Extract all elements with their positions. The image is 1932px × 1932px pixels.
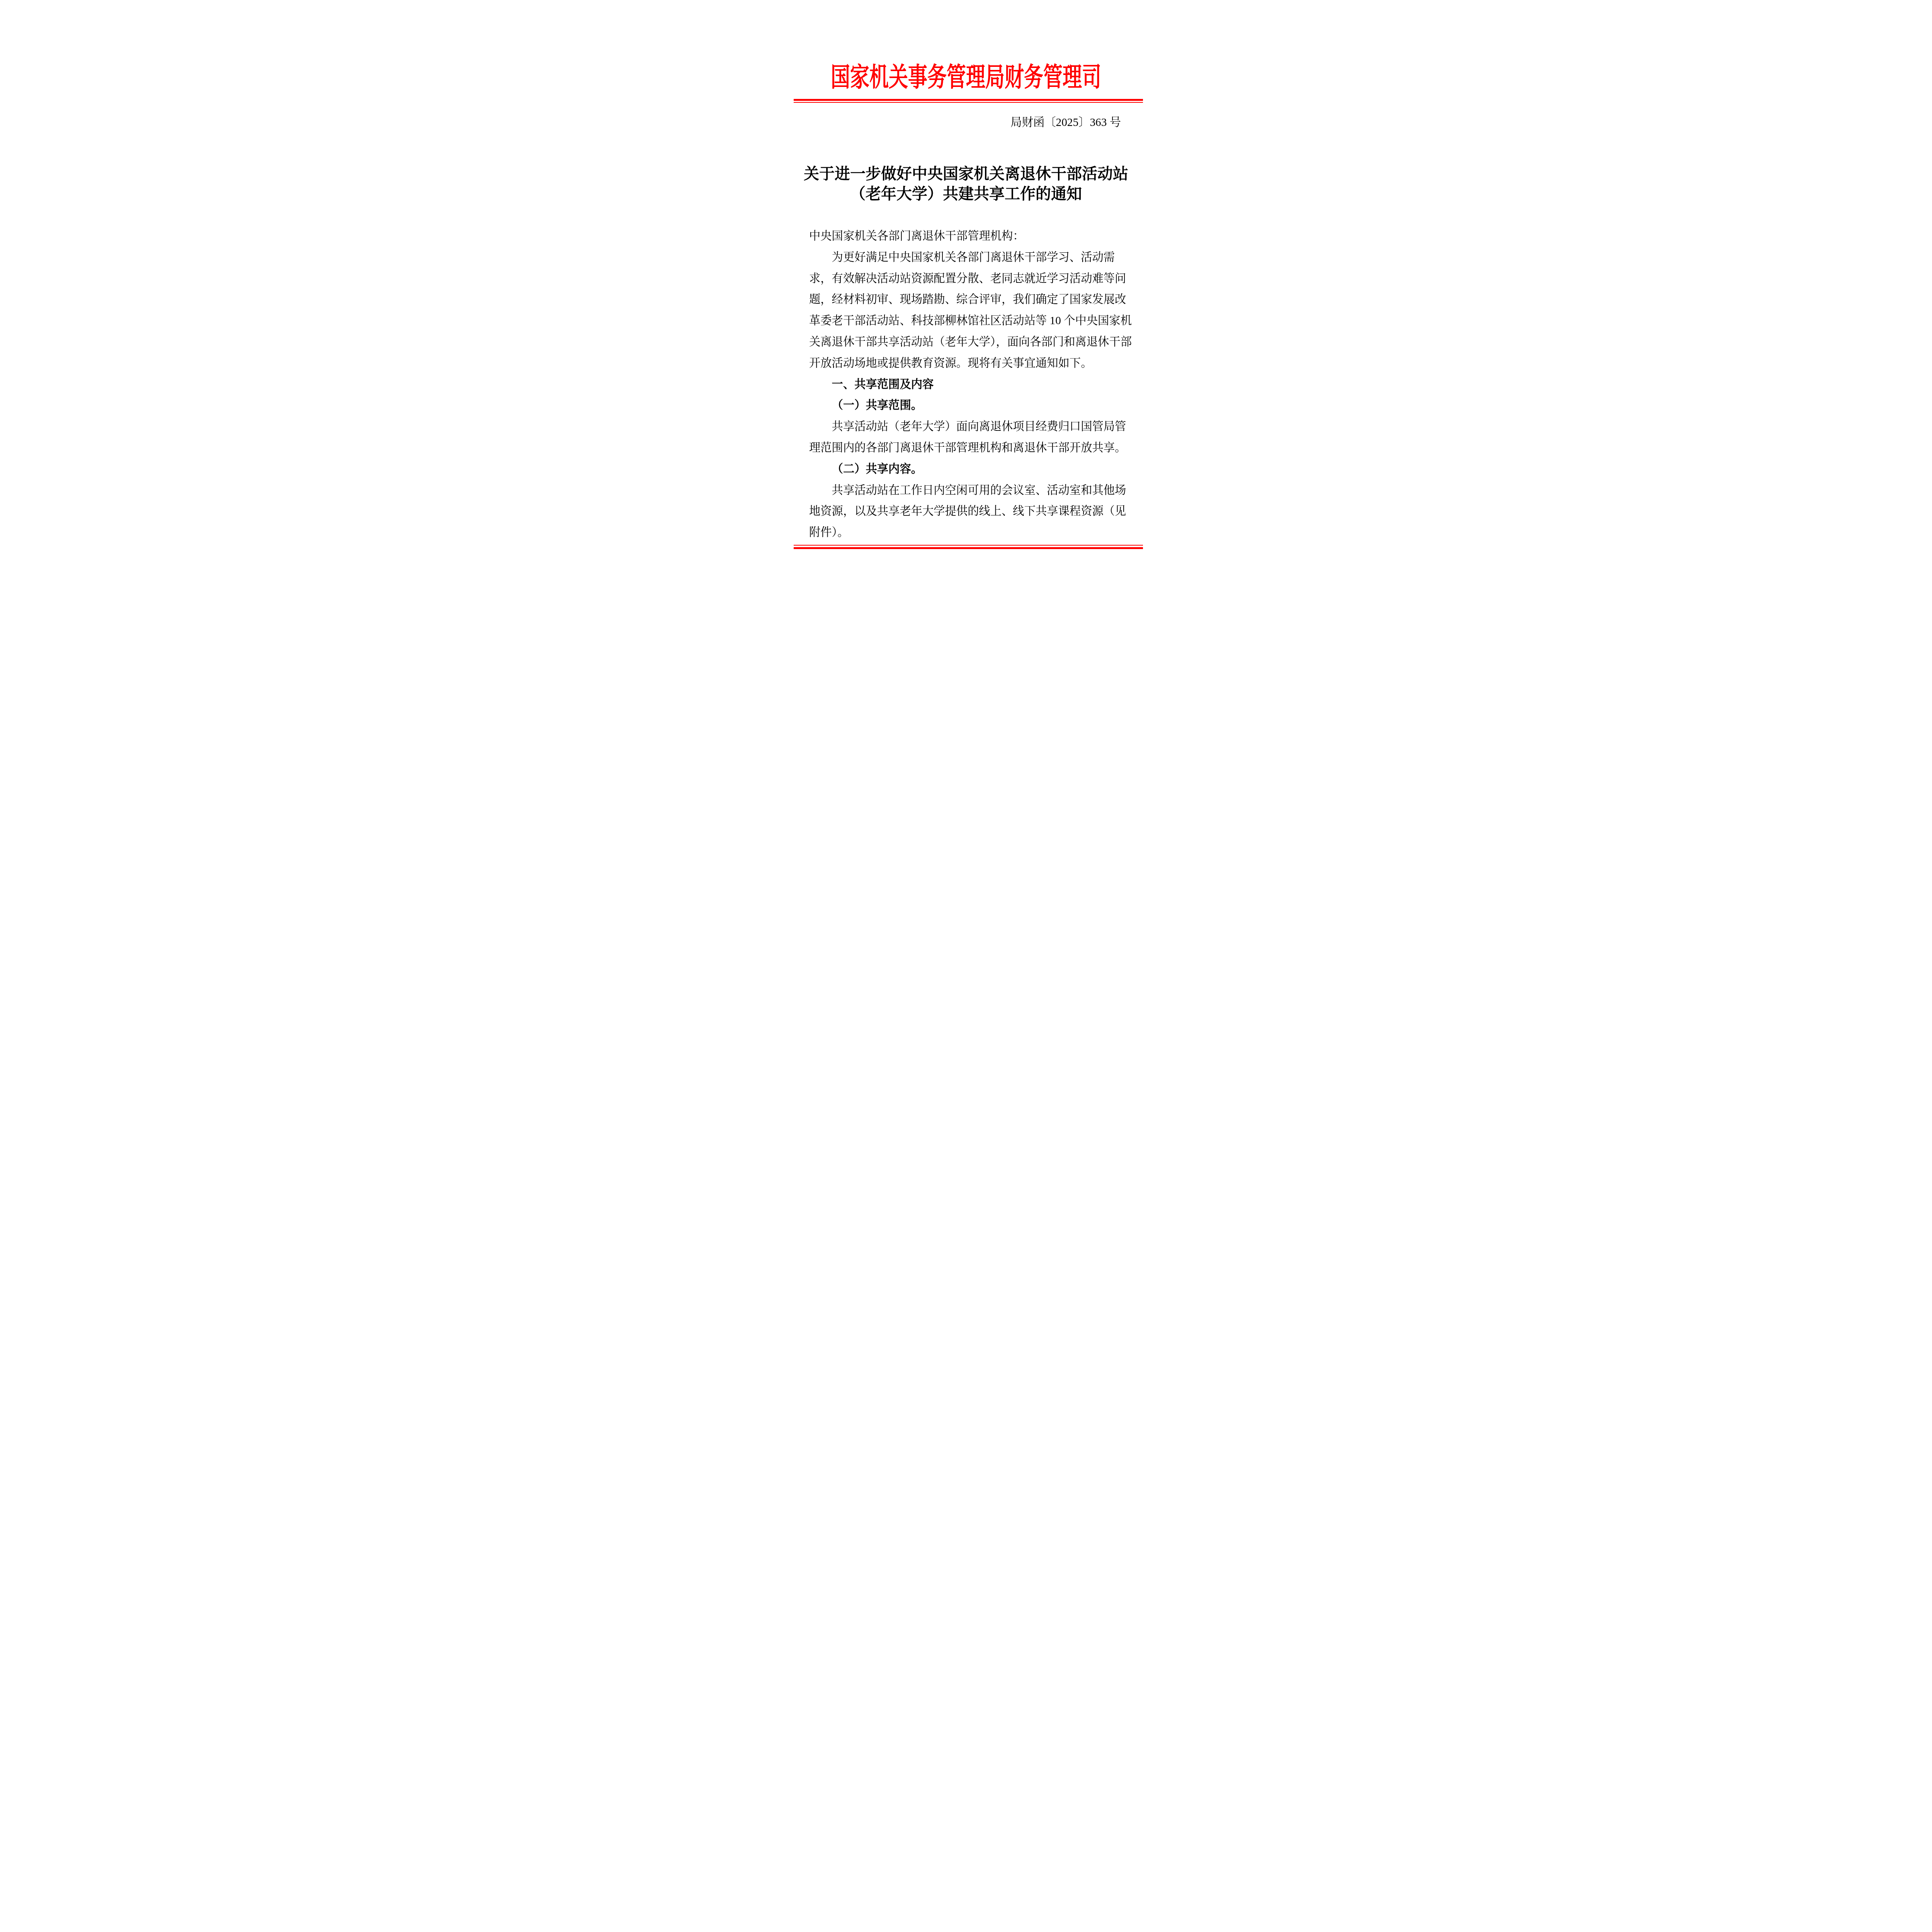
header-rule-thick xyxy=(794,99,1143,101)
body-line: 关离退休干部共享活动站（老年大学），面向各部门和离退休干部 xyxy=(809,332,1126,353)
subsection-1-heading: （一）共享范围。 xyxy=(809,395,1126,416)
document-title-line2: （老年大学）共建共享工作的通知 xyxy=(753,184,1179,204)
agency-name-header: 国家机关事务管理局财务管理司 xyxy=(753,64,1179,90)
body-line: 共享活动站在工作日内空闲可用的会议室、活动室和其他场 xyxy=(809,480,1126,501)
footer-rule-thick xyxy=(794,547,1143,549)
body-line: 为更好满足中央国家机关各部门离退休干部学习、活动需 xyxy=(809,247,1126,268)
document-number: 局财函〔2025〕363 号 xyxy=(794,116,1121,129)
document-title: 关于进一步做好中央国家机关离退休干部活动站 （老年大学）共建共享工作的通知 xyxy=(753,164,1179,204)
section-1-heading: 一、共享范围及内容 xyxy=(809,374,1126,395)
document-body: 中央国家机关各部门离退休干部管理机构： 为更好满足中央国家机关各部门离退休干部学… xyxy=(809,226,1126,543)
document-title-line1: 关于进一步做好中央国家机关离退休干部活动站 xyxy=(753,164,1179,184)
body-line: 附件）。 xyxy=(809,522,1126,543)
salutation-line: 中央国家机关各部门离退休干部管理机构： xyxy=(809,226,1126,247)
body-line: 地资源，以及共享老年大学提供的线上、线下共享课程资源（见 xyxy=(809,501,1126,522)
body-line: 革委老干部活动站、科技部柳林馆社区活动站等 10 个中央国家机 xyxy=(809,310,1126,332)
body-line: 共享活动站（老年大学）面向离退休项目经费归口国管局管 xyxy=(809,416,1126,437)
subsection-2-heading: （二）共享内容。 xyxy=(809,459,1126,480)
body-line: 开放活动场地或提供教育资源。现将有关事宜通知如下。 xyxy=(809,353,1126,374)
body-line: 求，有效解决活动站资源配置分散、老同志就近学习活动难等问 xyxy=(809,268,1126,289)
header-rule-thin xyxy=(794,102,1143,103)
body-line: 题，经材料初审、现场踏勘、综合评审，我们确定了国家发展改 xyxy=(809,289,1126,310)
body-line: 理范围内的各部门离退休干部管理机构和离退休干部开放共享。 xyxy=(809,437,1126,459)
document-page: 国家机关事务管理局财务管理司 局财函〔2025〕363 号 关于进一步做好中央国… xyxy=(753,0,1179,601)
footer-rule-thin xyxy=(794,545,1143,546)
